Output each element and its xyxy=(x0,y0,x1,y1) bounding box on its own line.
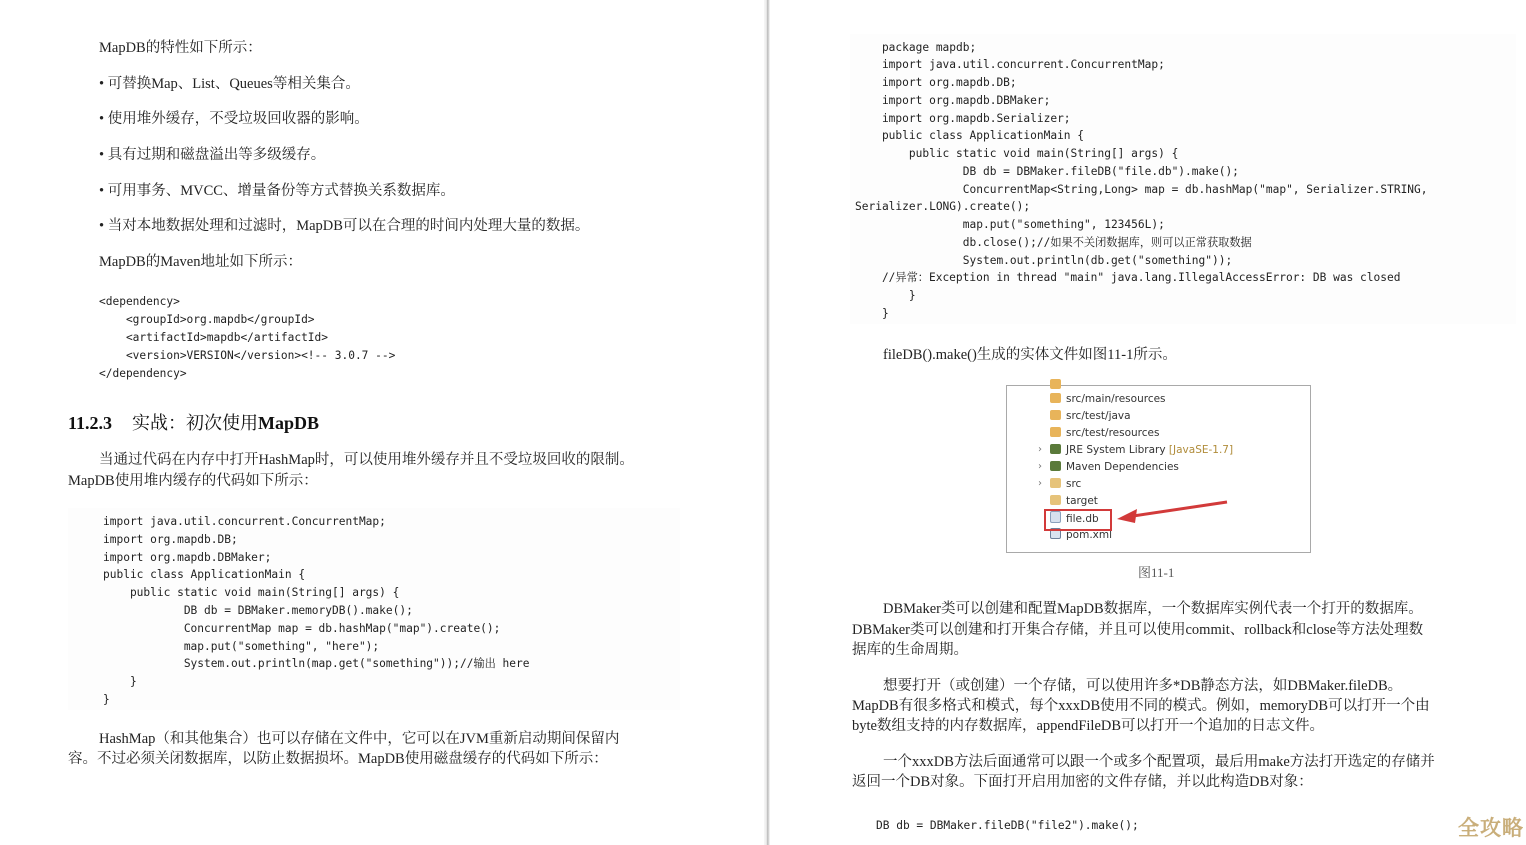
maven-code-line: </dependency> xyxy=(99,365,187,383)
paragraph-line: 容。不过必须关闭数据库，以防止数据损坏。MapDB使用磁盘缓存的代码如下所示： xyxy=(68,749,608,769)
section-title-prefix: 实战：初次使用 xyxy=(132,413,258,433)
paragraph-line: DBMaker类可以创建和配置MapDB数据库，一个数据库实例代表一个打开的数据… xyxy=(883,599,1423,619)
tree-item: src/main/resources xyxy=(1050,392,1166,406)
code-line: } xyxy=(855,287,916,305)
code-line: } xyxy=(855,305,889,323)
package-folder-icon xyxy=(1050,410,1061,420)
tree-item: src/test/java xyxy=(1050,409,1131,423)
bullet-item: • 可用事务、MVCC、增量备份等方式替换关系数据库。 xyxy=(99,181,455,201)
figure-intro: fileDB().make()生成的实体文件如图11-1所示。 xyxy=(883,345,1177,365)
code-line: Serializer.LONG).create(); xyxy=(855,198,1030,216)
tree-item: src xyxy=(1050,477,1081,491)
folder-icon xyxy=(1050,478,1061,488)
maven-code-line: <version>VERSION</version><!-- 3.0.7 --> xyxy=(99,347,395,365)
package-folder-icon xyxy=(1050,379,1061,389)
code-line: import org.mapdb.DB; xyxy=(855,74,1017,92)
library-icon xyxy=(1050,444,1061,454)
paragraph-line: 想要打开（或创建）一个存储，可以使用许多*DB静态方法，如DBMaker.fil… xyxy=(883,676,1402,696)
code-line: } xyxy=(103,691,110,709)
highlight-box xyxy=(1044,509,1112,531)
red-arrow-icon xyxy=(1115,498,1235,528)
code-line: import org.mapdb.DB; xyxy=(103,531,238,549)
code-line: import org.mapdb.DBMaker; xyxy=(103,549,271,567)
paragraph-line: MapDB使用堆内缓存的代码如下所示： xyxy=(68,471,318,491)
paragraph-line: MapDB有很多格式和模式，每个xxxDB使用不同的模式。例如，memoryDB… xyxy=(852,696,1430,716)
library-icon xyxy=(1050,461,1061,471)
code-line: public static void main(String[] args) { xyxy=(855,145,1178,163)
chevron-right-icon: › xyxy=(1038,444,1042,455)
paragraph-line: 据库的生命周期。 xyxy=(852,640,968,660)
bullet-item: • 具有过期和磁盘溢出等多级缓存。 xyxy=(99,145,325,165)
code-line: map.put("something", "here"); xyxy=(103,638,379,656)
maven-code-line: <dependency> xyxy=(99,293,180,311)
code-line: import org.mapdb.DBMaker; xyxy=(855,92,1050,110)
code-line: db.close();//如果不关闭数据库，则可以正常获取数据 xyxy=(855,234,1252,252)
features-intro: MapDB的特性如下所示： xyxy=(99,38,262,58)
paragraph-line: 一个xxxDB方法后面通常可以跟一个或多个配置项，最后用make方法打开选定的存… xyxy=(883,752,1435,772)
tree-item: target xyxy=(1050,494,1098,508)
paragraph-line: byte数组支持的内存数据库，appendFileDB可以打开一个追加的日志文件… xyxy=(852,716,1324,736)
code-line: ConcurrentMap<String,Long> map = db.hash… xyxy=(855,181,1428,199)
code-line: System.out.println(db.get("something")); xyxy=(855,252,1232,270)
paragraph-line: 返回一个DB对象。下面打开启用加密的文件存储，并以此构造DB对象： xyxy=(852,772,1313,792)
chevron-right-icon: › xyxy=(1038,461,1042,472)
paragraph-line: DBMaker类可以创建和打开集合存储，并且可以使用commit、rollbac… xyxy=(852,620,1423,640)
code-line: import java.util.concurrent.ConcurrentMa… xyxy=(855,56,1165,74)
code-line: import java.util.concurrent.ConcurrentMa… xyxy=(103,513,386,531)
figure-caption: 图11-1 xyxy=(1138,562,1174,581)
folder-icon xyxy=(1050,495,1061,505)
code-line: import org.mapdb.Serializer; xyxy=(855,110,1071,128)
code-line: package mapdb; xyxy=(855,39,976,57)
paragraph-line: HashMap（和其他集合）也可以存储在文件中，它可以在JVM重新启动期间保留内 xyxy=(99,729,619,749)
package-folder-icon xyxy=(1050,393,1061,403)
code-line: map.put("something", 123456L); xyxy=(855,216,1165,234)
code-line: DB db = DBMaker.fileDB("file2").make(); xyxy=(876,817,1139,835)
left-page: MapDB的特性如下所示： • 可替换Map、List、Queues等相关集合。… xyxy=(0,0,766,845)
watermark-logo: 全攻略 xyxy=(1458,812,1524,842)
code-line: ConcurrentMap map = db.hashMap("map").cr… xyxy=(103,620,500,638)
bullet-item: • 当对本地数据处理和过滤时，MapDB可以在合理的时间内处理大量的数据。 xyxy=(99,216,589,236)
maven-code-line: <artifactId>mapdb</artifactId> xyxy=(99,329,328,347)
tree-item: JRE System Library [JavaSE-1.7] xyxy=(1050,443,1233,457)
tree-item: src/test/resources xyxy=(1050,426,1159,440)
code-line: DB db = DBMaker.memoryDB().make(); xyxy=(103,602,413,620)
package-folder-icon xyxy=(1050,427,1061,437)
section-heading: 11.2.3实战：初次使用MapDB xyxy=(68,411,319,435)
bullet-item: • 使用堆外缓存，不受垃圾回收器的影响。 xyxy=(99,109,369,129)
code-line: public class ApplicationMain { xyxy=(855,127,1084,145)
section-title-bold: MapDB xyxy=(258,413,319,433)
code-line: public static void main(String[] args) { xyxy=(103,584,399,602)
code-line: System.out.println(map.get("something"))… xyxy=(103,655,530,673)
bullet-item: • 可替换Map、List、Queues等相关集合。 xyxy=(99,74,360,94)
maven-code-line: <groupId>org.mapdb</groupId> xyxy=(99,311,315,329)
tree-item-partial xyxy=(1050,378,1066,392)
code-line: //异常：Exception in thread "main" java.lan… xyxy=(855,269,1400,287)
code-line: public class ApplicationMain { xyxy=(103,566,305,584)
paragraph-line: 当通过代码在内存中打开HashMap时，可以使用堆外缓存并且不受垃圾回收的限制。 xyxy=(99,450,634,470)
code-line: DB db = DBMaker.fileDB("file.db").make()… xyxy=(855,163,1239,181)
maven-intro: MapDB的Maven地址如下所示： xyxy=(99,252,302,272)
code-line: } xyxy=(103,673,137,691)
section-number: 11.2.3 xyxy=(68,413,112,433)
tree-item: Maven Dependencies xyxy=(1050,460,1179,474)
chevron-right-icon: › xyxy=(1038,478,1042,489)
